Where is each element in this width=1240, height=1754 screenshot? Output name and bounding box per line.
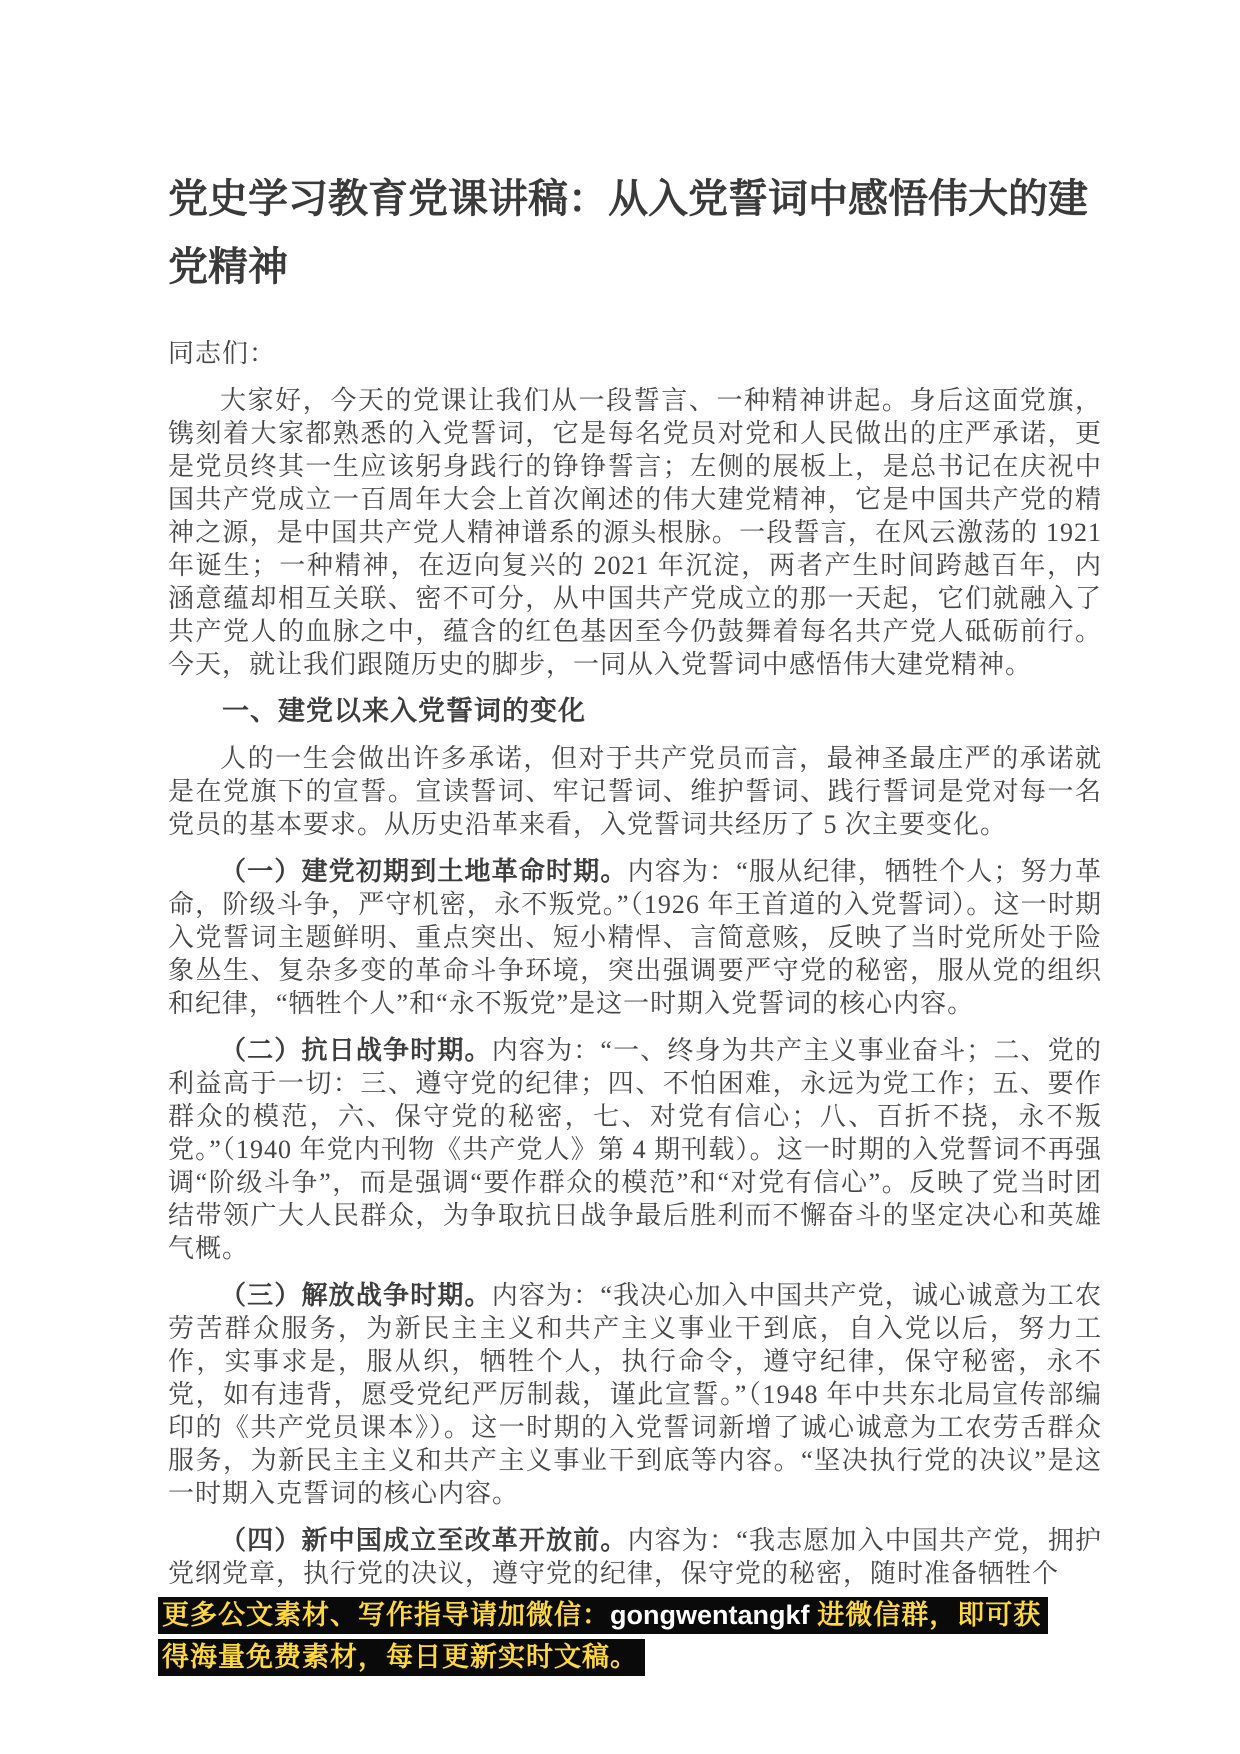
document-title: 党史学习教育党课讲稿：从入党誓词中感悟伟大的建党精神 (168, 165, 1102, 301)
section-item-3-lead: （三）解放战争时期。 (220, 1281, 492, 1310)
section-heading-1: 一、建党以来入党誓词的变化 (168, 695, 1102, 728)
watermark-banner-text: 更多公文素材、写作指导请加微信：gongwentangkf 进微信群，即可获得海… (158, 1597, 1048, 1676)
section-item-3: （三）解放战争时期。内容为：“我决心加入中国共产党，诚心诚意为工农劳苦群众服务，… (168, 1279, 1102, 1510)
section-intro-paragraph: 人的一生会做出许多承诺，但对于共产党员而言，最神圣最庄严的承诺就是在党旗下的宣誓… (168, 742, 1102, 841)
watermark-banner: 更多公文素材、写作指导请加微信：gongwentangkf 进微信群，即可获得海… (158, 1594, 1042, 1678)
document-body: 同志们： 大家好，今天的党课让我们从一段誓言、一种精神讲起。身后这面党旗，镌刻着… (168, 337, 1102, 1590)
watermark-text-before: 更多公文素材、写作指导请加微信： (162, 1600, 610, 1630)
section-item-1: （一）建党初期到土地革命时期。内容为：“服从纪律，牺牲个人；努力革命，阶级斗争，… (168, 855, 1102, 1020)
section-item-4-lead: （四）新中国成立至改革开放前。 (220, 1526, 628, 1555)
intro-paragraph: 大家好，今天的党课让我们从一段誓言、一种精神讲起。身后这面党旗，镌刻着大家都熟悉… (168, 384, 1102, 681)
section-item-4: （四）新中国成立至改革开放前。内容为：“我志愿加入中国共产党，拥护党纲党章，执行… (168, 1524, 1102, 1590)
section-item-2: （二）抗日战争时期。内容为：“一、终身为共产主义事业奋斗；二、党的利益高于一切：… (168, 1034, 1102, 1265)
section-item-1-lead: （一）建党初期到土地革命时期。 (220, 857, 628, 886)
document-page: 党史学习教育党课讲稿：从入党誓词中感悟伟大的建党精神 同志们： 大家好，今天的党… (0, 0, 1240, 1754)
wechat-handle: gongwentangkf (610, 1600, 809, 1630)
section-item-2-lead: （二）抗日战争时期。 (220, 1036, 492, 1065)
section-item-2-text: 内容为：“一、终身为共产主义事业奋斗；二、党的利益高于一切：三、遵守党的纪律；四… (168, 1036, 1102, 1263)
section-item-3-text: 内容为：“我决心加入中国共产党，诚心诚意为工农劳苦群众服务，为新民主主义和共产主… (168, 1281, 1102, 1508)
salutation: 同志们： (168, 337, 1102, 370)
